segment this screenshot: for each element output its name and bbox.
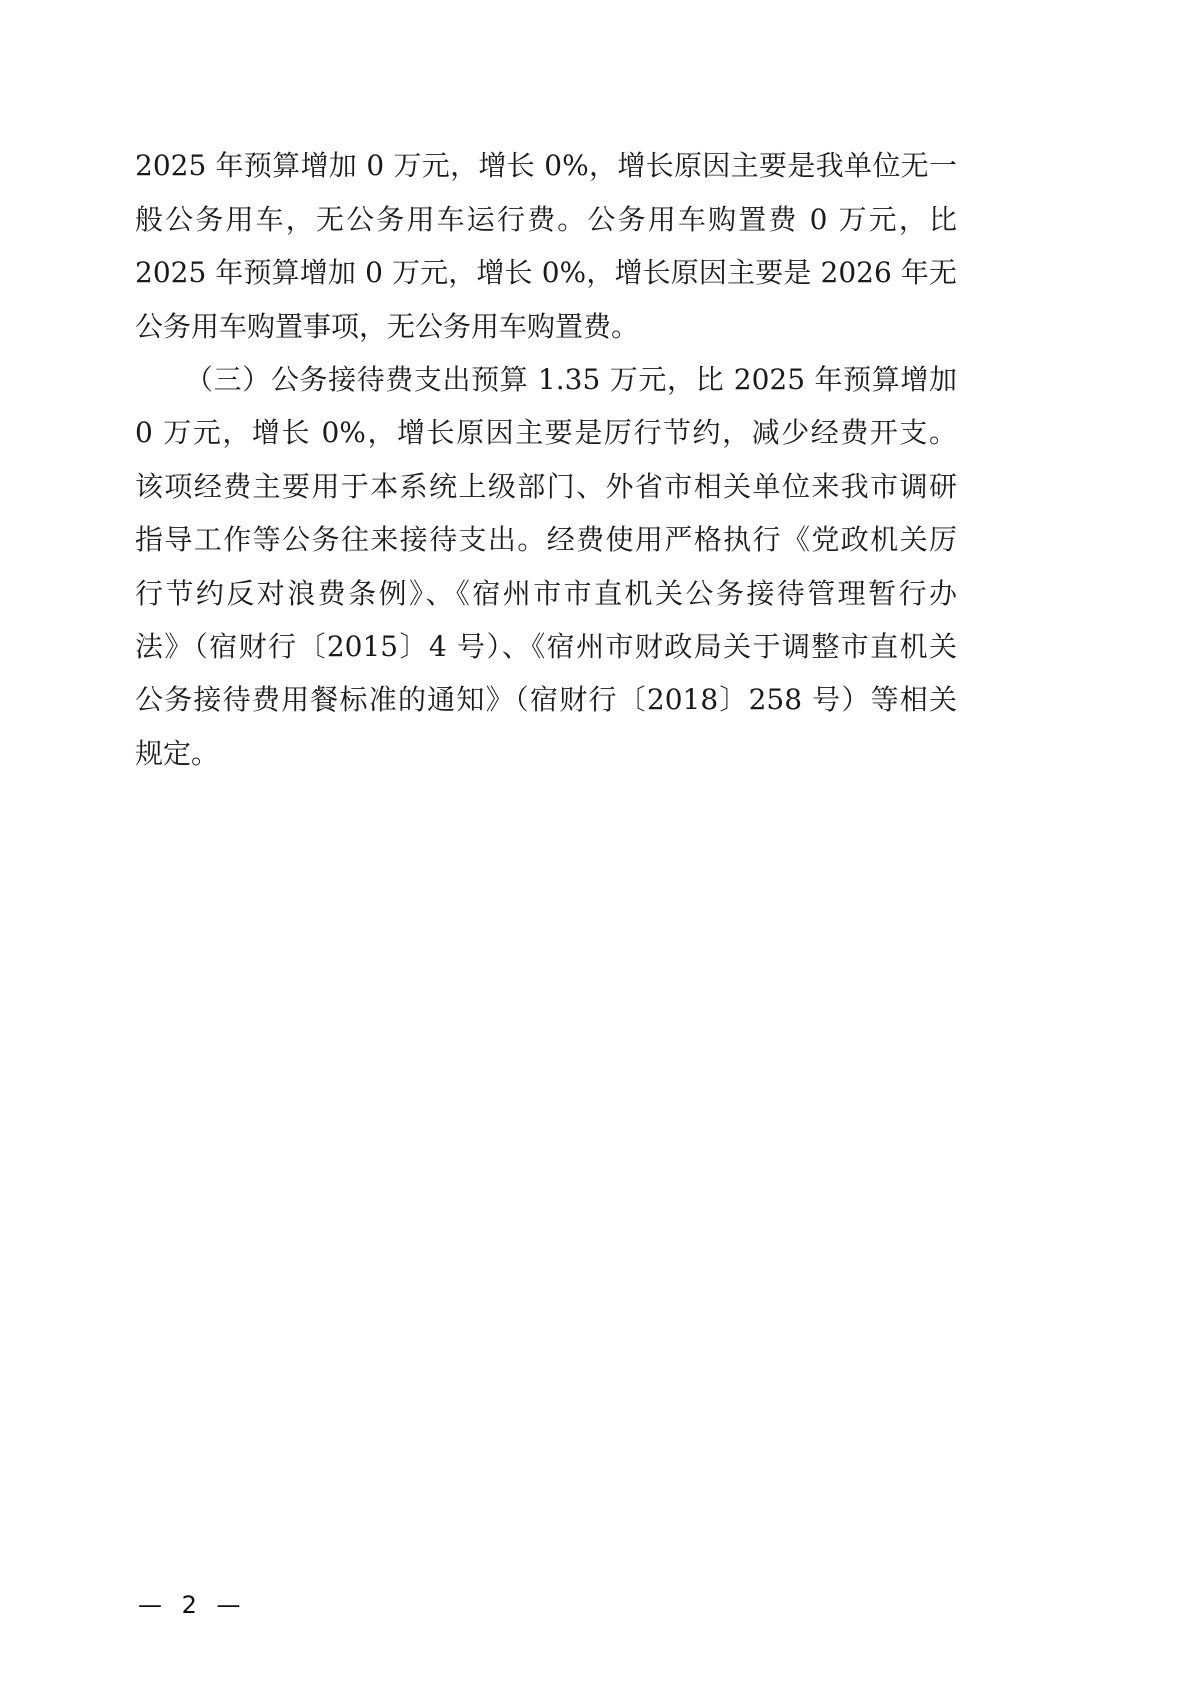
text-line: 行节约反对浪费条例》、《宿州市市直机关公务接待管理暂行办 — [135, 574, 957, 614]
text-line: 2025 年预算增加 0 万元，增长 0%，增长原因主要是我单位无一 — [135, 146, 957, 186]
document-page: 2025 年预算增加 0 万元，增长 0%，增长原因主要是我单位无一 般公务用车… — [0, 0, 1190, 1683]
text-line: 指导工作等公务往来接待支出。经费使用严格执行《党政机关厉 — [135, 520, 957, 560]
page-number: — 2 — — [138, 1590, 247, 1620]
text-line: 般公务用车，无公务用车运行费。公务用车购置费 0 万元，比 — [135, 200, 957, 240]
text-line: 公务用车购置事项，无公务用车购置费。 — [135, 307, 957, 347]
section-heading-line: （三）公务接待费支出预算 1.35 万元，比 2025 年预算增加 — [185, 360, 957, 400]
text-line: 规定。 — [135, 734, 957, 774]
text-line: 公务接待费用餐标准的通知》（宿财行〔2018〕258 号）等相关 — [135, 680, 957, 720]
text-line: 0 万元，增长 0%，增长原因主要是厉行节约，减少经费开支。 — [135, 413, 957, 453]
text-line: 该项经费主要用于本系统上级部门、外省市相关单位来我市调研 — [135, 467, 957, 507]
text-line: 法》（宿财行〔2015〕4 号）、《宿州市财政局关于调整市直机关 — [135, 627, 957, 667]
text-line: 2025 年预算增加 0 万元，增长 0%，增长原因主要是 2026 年无 — [135, 253, 957, 293]
